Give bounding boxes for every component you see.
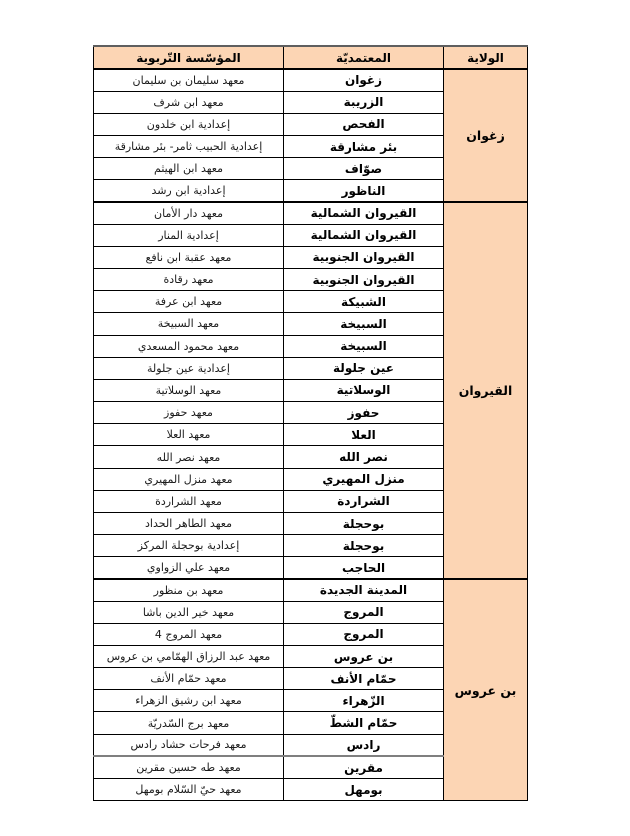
institution-cell: معهد الوسلاتية xyxy=(94,379,284,401)
institutions-table: الولاية المعتمديّة المؤسّسة التّربوية زغ… xyxy=(93,45,528,801)
institution-cell: معهد سليمان بن سليمان xyxy=(94,69,284,91)
institution-cell: إعدادية عين جلولة xyxy=(94,357,284,379)
delegation-cell: الزّهراء xyxy=(284,690,444,712)
delegation-cell: الفحص xyxy=(284,113,444,135)
header-delegation: المعتمديّة xyxy=(284,46,444,69)
header-institution: المؤسّسة التّربوية xyxy=(94,46,284,69)
institution-cell: معهد السبيخة xyxy=(94,313,284,335)
delegation-cell: القيروان الجنوبية xyxy=(284,269,444,291)
delegation-cell: حفوز xyxy=(284,402,444,424)
institution-cell: معهد محمود المسعدي xyxy=(94,335,284,357)
delegation-cell: الوسلاتية xyxy=(284,379,444,401)
document-page: الولاية المعتمديّة المؤسّسة التّربوية زغ… xyxy=(0,0,630,836)
institution-cell: معهد حيّ السّلام بومهل xyxy=(94,779,284,801)
delegation-cell: بئر مشارقة xyxy=(284,136,444,158)
delegation-cell: المدينة الجديدة xyxy=(284,579,444,601)
institution-cell: إعدادية الحبيب ثامر- بئر مشارقة xyxy=(94,136,284,158)
delegation-cell: بوحجلة xyxy=(284,535,444,557)
delegation-cell: بوحجلة xyxy=(284,512,444,534)
table-row: زغوانزغوانمعهد سليمان بن سليمان xyxy=(94,69,528,91)
delegation-cell: السبيخة xyxy=(284,335,444,357)
header-wilaya: الولاية xyxy=(444,46,528,69)
institution-cell: معهد فرحات حشاد رادس xyxy=(94,734,284,756)
institution-cell: معهد ابن شرف xyxy=(94,91,284,113)
delegation-cell: حمّام الأنف xyxy=(284,668,444,690)
institution-cell: معهد حفوز xyxy=(94,402,284,424)
institution-cell: معهد عقبة ابن نافع xyxy=(94,246,284,268)
delegation-cell: القيروان الشمالية xyxy=(284,202,444,224)
institution-cell: معهد منزل المهيري xyxy=(94,468,284,490)
institution-cell: معهد عبد الرزاق الهمّامي بن عروس xyxy=(94,645,284,667)
wilaya-cell: زغوان xyxy=(444,69,528,202)
delegation-cell: منزل المهيري xyxy=(284,468,444,490)
institution-cell: إعدادية بوحجلة المركز xyxy=(94,535,284,557)
delegation-cell: الزريبة xyxy=(284,91,444,113)
wilaya-cell: القيروان xyxy=(444,202,528,579)
delegation-cell: العلا xyxy=(284,424,444,446)
header-row: الولاية المعتمديّة المؤسّسة التّربوية xyxy=(94,46,528,69)
institution-cell: معهد نصر الله xyxy=(94,446,284,468)
institution-cell: معهد طه حسين مقرين xyxy=(94,756,284,778)
institution-cell: إعدادية ابن خلدون xyxy=(94,113,284,135)
delegation-cell: نصر الله xyxy=(284,446,444,468)
institution-cell: معهد ابن عرفة xyxy=(94,291,284,313)
institution-cell: إعدادية المنار xyxy=(94,224,284,246)
delegation-cell: الشراردة xyxy=(284,490,444,512)
institution-cell: معهد الطاهر الحداد xyxy=(94,512,284,534)
institution-cell: معهد ابن رشيق الزهراء xyxy=(94,690,284,712)
delegation-cell: المروج xyxy=(284,601,444,623)
wilaya-cell: بن عروس xyxy=(444,579,528,801)
delegation-cell: صوّاف xyxy=(284,158,444,180)
delegation-cell: بومهل xyxy=(284,779,444,801)
institution-cell: معهد برج السّدريّة xyxy=(94,712,284,734)
institution-cell: معهد الشراردة xyxy=(94,490,284,512)
delegation-cell: الشبيكة xyxy=(284,291,444,313)
delegation-cell: مقرين xyxy=(284,756,444,778)
institution-cell: معهد العلا xyxy=(94,424,284,446)
delegation-cell: السبيخة xyxy=(284,313,444,335)
institution-cell: معهد حمّام الأنف xyxy=(94,668,284,690)
institution-cell: معهد بن منظور xyxy=(94,579,284,601)
delegation-cell: المروج xyxy=(284,623,444,645)
institution-cell: معهد خير الدين باشا xyxy=(94,601,284,623)
institution-cell: معهد المروج 4 xyxy=(94,623,284,645)
delegation-cell: حمّام الشطّ xyxy=(284,712,444,734)
delegation-cell: القيروان الجنوبية xyxy=(284,246,444,268)
delegation-cell: القيروان الشمالية xyxy=(284,224,444,246)
delegation-cell: الناظور xyxy=(284,180,444,202)
delegation-cell: الحاجب xyxy=(284,557,444,579)
institution-cell: معهد رقادة xyxy=(94,269,284,291)
delegation-cell: عين جلولة xyxy=(284,357,444,379)
institution-cell: معهد دار الأمان xyxy=(94,202,284,224)
table-row: القيروانالقيروان الشماليةمعهد دار الأمان xyxy=(94,202,528,224)
institution-cell: إعدادية ابن رشد xyxy=(94,180,284,202)
delegation-cell: زغوان xyxy=(284,69,444,91)
institution-cell: معهد علي الزواوي xyxy=(94,557,284,579)
table-row: بن عروسالمدينة الجديدةمعهد بن منظور xyxy=(94,579,528,601)
delegation-cell: رادس xyxy=(284,734,444,756)
institution-cell: معهد ابن الهيثم xyxy=(94,158,284,180)
delegation-cell: بن عروس xyxy=(284,645,444,667)
